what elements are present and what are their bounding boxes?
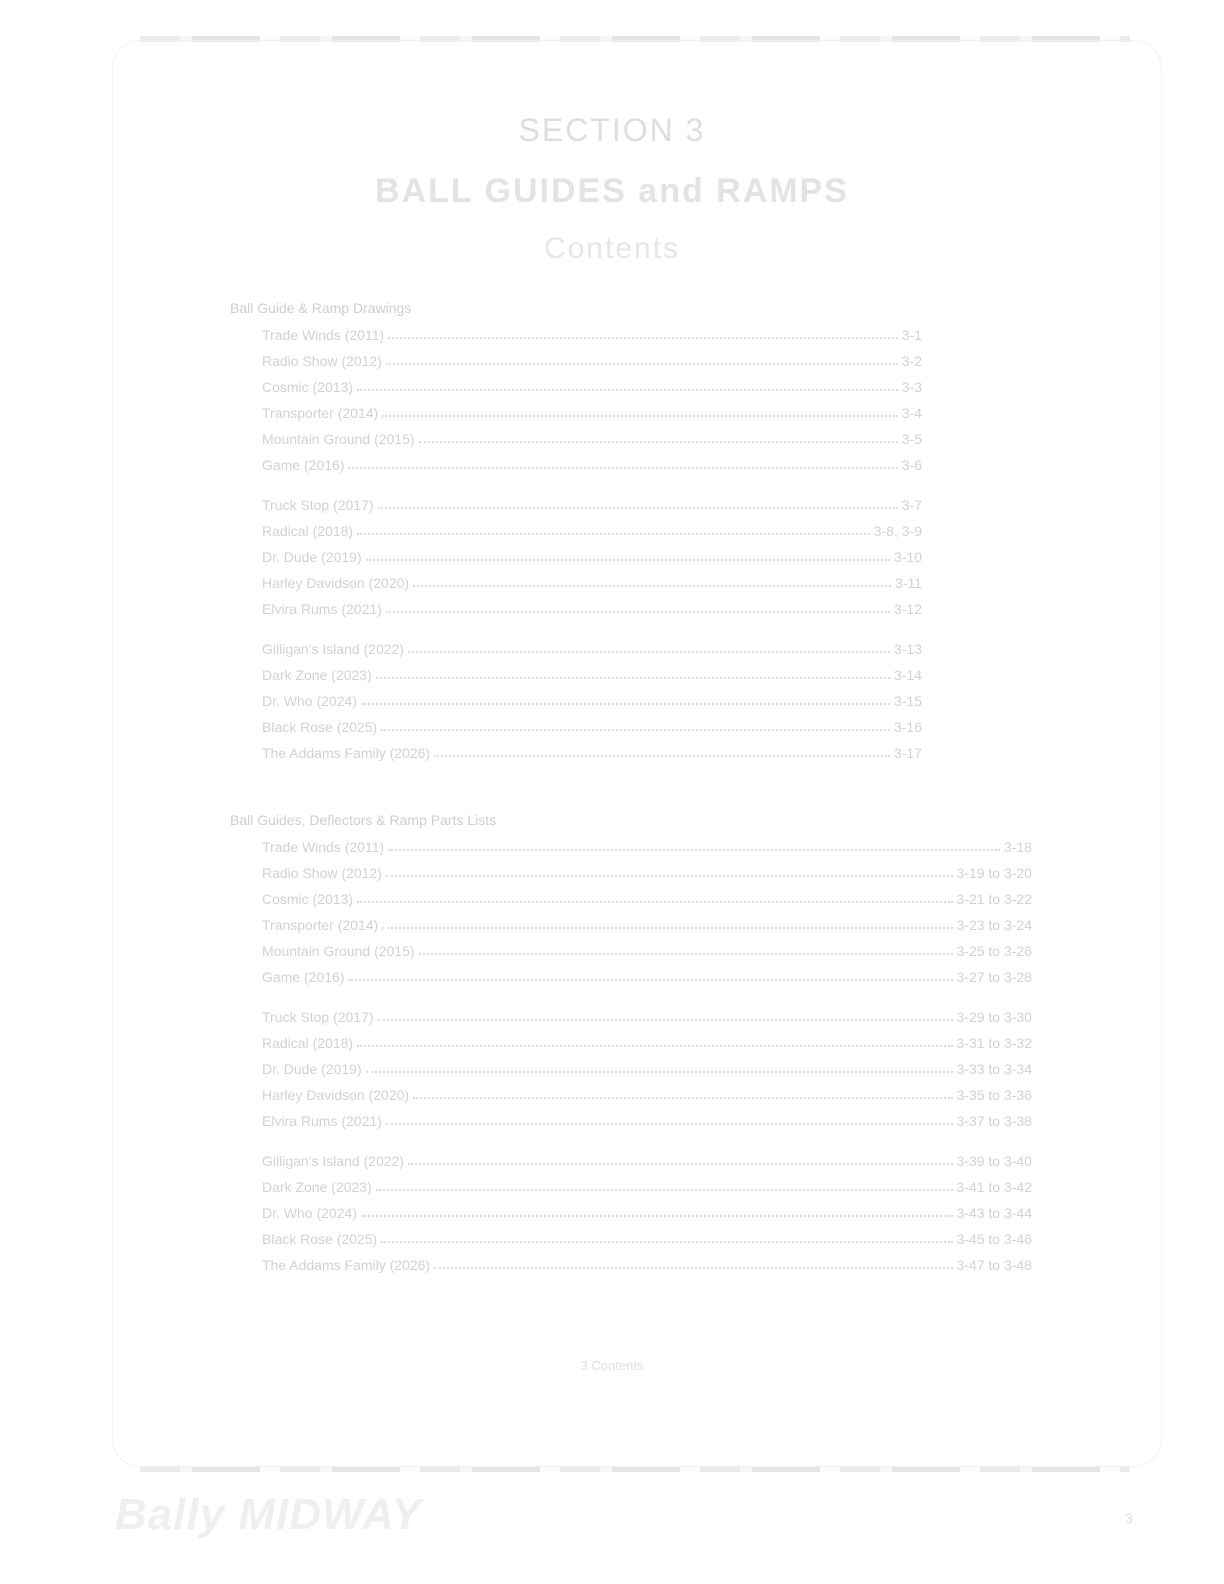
toc-entry-page: 3-23 to 3-24 [957, 917, 1033, 933]
toc-entry-page: 3-21 to 3-22 [957, 891, 1033, 907]
toc-entry: Gilligan's Island (2022)3-13 [262, 641, 922, 657]
bally-midway-logo: Bally MIDWAY [115, 1490, 422, 1540]
leader-dots [357, 1035, 952, 1047]
toc-entry-name: Black Rose (2025) [262, 719, 377, 735]
toc-entry-page: 3-18 [1004, 839, 1032, 855]
toc-entry-name: Trade Winds (2011) [262, 839, 384, 855]
toc-entry-name: The Addams Family (2026) [262, 1257, 430, 1273]
toc-entry-name: Dark Zone (2023) [262, 667, 372, 683]
toc-entry-name: Dr. Who (2024) [262, 693, 357, 709]
leader-dots [408, 1153, 953, 1165]
leader-dots [386, 1113, 953, 1125]
toc-entry-page: 3-3 [902, 379, 922, 395]
toc-entry: Dr. Dude (2019)3-10 [262, 549, 922, 565]
toc-entry-page: 3-10 [894, 549, 922, 565]
toc-entry: Elvira Rums (2021)3-37 to 3-38 [262, 1113, 1032, 1129]
toc-entry: The Addams Family (2026)3-17 [262, 745, 922, 761]
toc-entry: Dr. Who (2024)3-15 [262, 693, 922, 709]
leader-dots [382, 917, 952, 929]
toc-entry: Game (2016)3-27 to 3-28 [262, 969, 1032, 985]
leader-dots [357, 379, 898, 391]
toc-entry: Truck Stop (2017)3-29 to 3-30 [262, 1009, 1032, 1025]
toc-entry: Game (2016)3-6 [262, 457, 922, 473]
leader-dots [378, 1009, 953, 1021]
toc-entry-page: 3-12 [894, 601, 922, 617]
toc-entry-name: Radical (2018) [262, 523, 353, 539]
toc-entry-name: Gilligan's Island (2022) [262, 641, 404, 657]
toc-entry-name: Elvira Rums (2021) [262, 601, 382, 617]
leader-dots [376, 1179, 953, 1191]
leader-dots [381, 1231, 952, 1243]
toc-entry-name: Trade Winds (2011) [262, 327, 384, 343]
toc-entry-name: Truck Stop (2017) [262, 1009, 374, 1025]
leader-dots [408, 641, 890, 653]
leader-dots [413, 1087, 952, 1099]
toc-entry-name: Mountain Ground (2015) [262, 943, 415, 959]
toc-entry-page: 3-17 [894, 745, 922, 761]
toc-entry-page: 3-27 to 3-28 [957, 969, 1033, 985]
toc-entry-page: 3-47 to 3-48 [957, 1257, 1033, 1273]
toc-entry-name: Dr. Dude (2019) [262, 1061, 362, 1077]
toc-entry-name: Cosmic (2013) [262, 379, 353, 395]
section-number: SECTION 3 [0, 112, 1224, 149]
toc-entry: Mountain Ground (2015)3-25 to 3-26 [262, 943, 1032, 959]
leader-dots [357, 523, 870, 535]
toc-entry-page: 3-41 to 3-42 [957, 1179, 1033, 1195]
toc-entry-name: Elvira Rums (2021) [262, 1113, 382, 1129]
toc-entry-name: Dark Zone (2023) [262, 1179, 372, 1195]
toc-entry: Dark Zone (2023)3-41 to 3-42 [262, 1179, 1032, 1195]
toc-entry-page: 3-37 to 3-38 [957, 1113, 1033, 1129]
page-number: 3 [1125, 1510, 1133, 1526]
toc-entry-page: 3-39 to 3-40 [957, 1153, 1033, 1169]
toc-entry: Cosmic (2013)3-21 to 3-22 [262, 891, 1032, 907]
toc-entry-name: The Addams Family (2026) [262, 745, 430, 761]
toc-entry: Trade Winds (2011)3-18 [262, 839, 1032, 855]
leader-dots [388, 327, 898, 339]
leader-dots [361, 1205, 953, 1217]
toc-entry: Radio Show (2012)3-2 [262, 353, 922, 369]
leader-dots [348, 969, 952, 981]
toc-entry-page: 3-5 [902, 431, 922, 447]
leader-dots [388, 839, 1000, 851]
toc-entry: Trade Winds (2011)3-1 [262, 327, 922, 343]
toc-entry: Truck Stop (2017)3-7 [262, 497, 922, 513]
toc-entry-name: Radio Show (2012) [262, 865, 382, 881]
toc-entry: Harley Davidson (2020)3-35 to 3-36 [262, 1087, 1032, 1103]
toc-entry: Radical (2018)3-31 to 3-32 [262, 1035, 1032, 1051]
leader-dots [381, 719, 890, 731]
toc-entry: Black Rose (2025)3-16 [262, 719, 922, 735]
toc-entry: Elvira Rums (2021)3-12 [262, 601, 922, 617]
toc-entry-page: 3-45 to 3-46 [957, 1231, 1033, 1247]
toc-entry-page: 3-1 [902, 327, 922, 343]
leader-dots [419, 943, 953, 955]
leader-dots [386, 601, 890, 613]
toc-entry-name: Transporter (2014) [262, 405, 378, 421]
toc-entry: Mountain Ground (2015)3-5 [262, 431, 922, 447]
toc-entry-page: 3-19 to 3-20 [957, 865, 1033, 881]
toc-entry-page: 3-29 to 3-30 [957, 1009, 1033, 1025]
toc-entry-name: Harley Davidson (2020) [262, 1087, 409, 1103]
toc-entry: Dr. Who (2024)3-43 to 3-44 [262, 1205, 1032, 1221]
toc-entry-page: 3-25 to 3-26 [957, 943, 1033, 959]
leader-dots [386, 865, 953, 877]
toc-entry-name: Truck Stop (2017) [262, 497, 374, 513]
toc-entry-page: 3-2 [902, 353, 922, 369]
toc-entry-page: 3-4 [902, 405, 922, 421]
toc-entry-page: 3-14 [894, 667, 922, 683]
toc-entry-page: 3-8, 3-9 [874, 523, 922, 539]
toc-entry: Gilligan's Island (2022)3-39 to 3-40 [262, 1153, 1032, 1169]
toc-entry-name: Dr. Who (2024) [262, 1205, 357, 1221]
toc-entry-name: Mountain Ground (2015) [262, 431, 415, 447]
toc-entry-name: Gilligan's Island (2022) [262, 1153, 404, 1169]
leader-dots [419, 431, 898, 443]
toc-entry: Black Rose (2025)3-45 to 3-46 [262, 1231, 1032, 1247]
bottom-note: 3 Contents [0, 1358, 1224, 1373]
toc-entry-name: Harley Davidson (2020) [262, 575, 409, 591]
leader-dots [366, 1061, 953, 1073]
leader-dots [357, 891, 952, 903]
toc-entry: Transporter (2014)3-4 [262, 405, 922, 421]
toc-entry-name: Dr. Dude (2019) [262, 549, 362, 565]
toc-entry-page: 3-35 to 3-36 [957, 1087, 1033, 1103]
toc-entry: Cosmic (2013)3-3 [262, 379, 922, 395]
toc-entry-name: Black Rose (2025) [262, 1231, 377, 1247]
toc-entry-page: 3-31 to 3-32 [957, 1035, 1033, 1051]
leader-dots [434, 745, 890, 757]
toc-entry-name: Game (2016) [262, 969, 344, 985]
toc-entry: Radical (2018)3-8, 3-9 [262, 523, 922, 539]
leader-dots [366, 549, 890, 561]
toc-entry-name: Cosmic (2013) [262, 891, 353, 907]
toc-entry: Transporter (2014)3-23 to 3-24 [262, 917, 1032, 933]
toc-entry-name: Radio Show (2012) [262, 353, 382, 369]
toc-entry-page: 3-13 [894, 641, 922, 657]
toc-entry-page: 3-33 to 3-34 [957, 1061, 1033, 1077]
leader-dots [413, 575, 891, 587]
toc-group-title: Ball Guides, Deflectors & Ramp Parts Lis… [230, 812, 496, 828]
toc-entry: Radio Show (2012)3-19 to 3-20 [262, 865, 1032, 881]
leader-dots [361, 693, 890, 705]
toc-entry: The Addams Family (2026)3-47 to 3-48 [262, 1257, 1032, 1273]
toc-entry-name: Radical (2018) [262, 1035, 353, 1051]
section-title: BALL GUIDES and RAMPS [0, 172, 1224, 211]
leader-dots [386, 353, 898, 365]
toc-entry: Dr. Dude (2019)3-33 to 3-34 [262, 1061, 1032, 1077]
toc-entry-name: Game (2016) [262, 457, 344, 473]
toc-entry: Harley Davidson (2020)3-11 [262, 575, 922, 591]
leader-dots [348, 457, 897, 469]
leader-dots [434, 1257, 952, 1269]
leader-dots [378, 497, 898, 509]
toc-entry: Dark Zone (2023)3-14 [262, 667, 922, 683]
toc-entry-page: 3-7 [902, 497, 922, 513]
toc-entry-page: 3-16 [894, 719, 922, 735]
toc-entry-page: 3-11 [895, 575, 922, 591]
toc-entry-page: 3-6 [902, 457, 922, 473]
toc-entry-page: 3-43 to 3-44 [957, 1205, 1033, 1221]
toc-group-title: Ball Guide & Ramp Drawings [230, 300, 411, 316]
leader-dots [376, 667, 890, 679]
toc-entry-name: Transporter (2014) [262, 917, 378, 933]
contents-heading: Contents [0, 232, 1224, 266]
toc-entry-page: 3-15 [894, 693, 922, 709]
leader-dots [382, 405, 898, 417]
